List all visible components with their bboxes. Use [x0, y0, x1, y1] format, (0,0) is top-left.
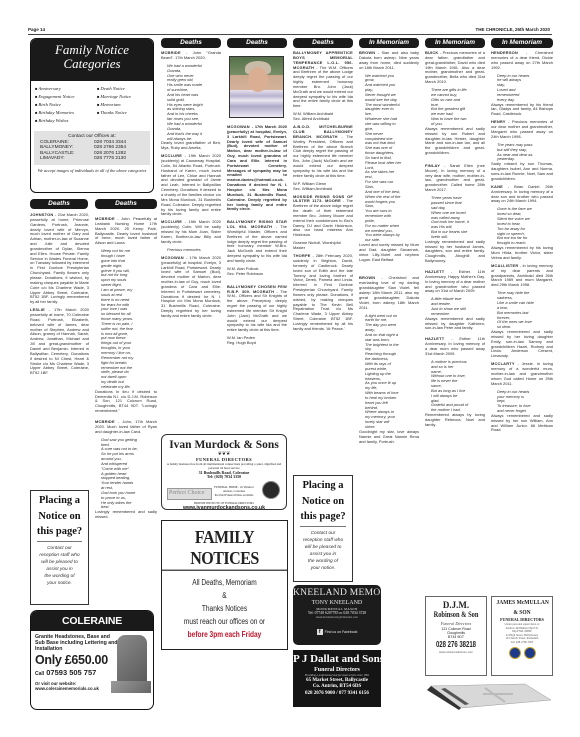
page-number: Page 14: [28, 27, 45, 32]
deadline-text: before 3pm each Friday: [173, 628, 276, 642]
office-row: LIMAVADY:028 7776 2130: [40, 156, 144, 161]
bible-icon: [425, 682, 553, 710]
ad-coleraine-memorials[interactable]: COLERAINE MEMORIALS Granite Headstones, …: [30, 610, 154, 710]
poem: Three years havepassed since thatsad day…: [425, 196, 485, 240]
poem: God saw you gettingtired,A cure was not …: [95, 438, 157, 511]
facebook-icon: f: [317, 629, 323, 635]
notice-rising-star: BALLYMONEY RISING STAR LOL 954. MCGRATH …: [227, 220, 287, 264]
category-item: Anniversary: [35, 85, 97, 93]
category-item: Birthday Wishes: [35, 117, 97, 125]
office-contacts: Contact our Offices at: COLERAINE:028 70…: [34, 131, 150, 165]
poem: Gone is the face weloved so dear,Silent …: [491, 207, 553, 246]
family-notice-categories-box: Family Notice Categories Anniversary Dea…: [30, 38, 154, 193]
section-header-in-memoriam: In Memoriam: [491, 38, 553, 48]
poem: Deep in our heartshe will alwaysstay,Lov…: [491, 74, 553, 103]
category-item: Engagement Notice: [35, 93, 97, 101]
notice-mcallister: MCALLISTER - In loving memory of my dear…: [491, 264, 553, 288]
notice-mcclure: MCCLURE - 15th March 2020 (suddenly) Col…: [161, 220, 221, 244]
website-link[interactable]: www.ivanmurdockandsons.co.uk: [162, 505, 286, 511]
notice-buick: BUICK - Precious memories of a dear fath…: [425, 51, 485, 85]
perfect-choice-logo: Perfect Choice: [167, 488, 212, 500]
notice-mcbride: MCBRIDE - John, 17th March 2020. Much lo…: [95, 420, 157, 435]
placing-notice-box: Placing a Notice on this page? Contact o…: [293, 475, 353, 582]
notice-mcclure: MCCLURE - 19th March 2020 (suddenly) at …: [161, 154, 221, 217]
column-2: MCBRIDE - John. Peacefully at Leabank Nu…: [95, 217, 157, 523]
category-item: Birthday Memories: [35, 109, 97, 117]
notice-brown: BROWN - Cherished and everlasting love o…: [359, 276, 419, 310]
notice-hazlett: HAZLETT - Esther. 11th Anniversary, Happ…: [425, 270, 485, 294]
column-5: BALLYMONEY APPRENTICE BOYS MEMORIAL TEMP…: [293, 51, 353, 335]
headstone-icon: [117, 635, 147, 683]
category-item: Birth Notice: [35, 101, 97, 109]
notice-thorpe: THORPE - 28th February 2020, suddenly in…: [293, 254, 353, 332]
categories-title: Family Notice Categories: [31, 39, 153, 81]
ad-james-mcmullan[interactable]: JAMES McMULLAN & SON FUNERAL DIRECTORS U…: [491, 596, 553, 676]
notice-hazlett: HAZLETT - Esther 11th Anniversary. In lo…: [425, 337, 485, 356]
notice-mosside: MOSSIDE RISING SONS OF ULSTER 1173. MOOR…: [293, 195, 353, 239]
column-7: BUICK - Precious memories of a dear fath…: [425, 51, 485, 431]
section-header-deaths: Deaths: [30, 199, 88, 209]
placing-notice-box: Placing a Notice on this page? Contact o…: [30, 490, 89, 605]
facebook-link[interactable]: fFind us on Facebook: [317, 629, 358, 635]
phone: 07593 505 757: [46, 668, 96, 677]
section-header-deaths: Deaths: [95, 199, 157, 209]
column-8: HENDERSON - Cherished memories of a dear…: [491, 51, 553, 436]
poem: Weep not for methough I havegone into th…: [95, 249, 157, 389]
notice-kane: KANE - Brian Daniel. 26th Anniversary. I…: [491, 185, 553, 204]
category-item: Death Notice: [97, 85, 154, 93]
category-item: Marriage Notice: [97, 93, 154, 101]
header-rule: [28, 34, 552, 35]
column-3: MCBRIDE - John "Granda Beard". 17th Marc…: [161, 51, 221, 322]
poem: There are gifts in lifewe cannot buy,Gif…: [425, 88, 485, 127]
bifd-seal-icon: [262, 481, 280, 499]
poem: A light went out onearth for me,The day …: [359, 314, 419, 430]
poem: A little tribute trueand tender,Just to …: [425, 297, 485, 316]
category-item: Memoriam: [97, 101, 154, 109]
section-header-deaths: Deaths: [161, 38, 221, 48]
poem: A mother is preciousand so is hername,Wi…: [425, 360, 485, 413]
ad-pj-dallat[interactable]: P J Dallat and Sons Funeral Directors Pr…: [293, 650, 381, 707]
column-6: BROWN - Sian and also baby Dakota born a…: [359, 51, 419, 448]
notice-brown: BROWN - Sian and also baby Dakota born a…: [359, 51, 419, 70]
notice-mcbride: MCBRIDE - John. Peacefully at Leabank Nu…: [95, 217, 157, 246]
notice-henderson: HENDERSON - Cherished memories of a dear…: [491, 51, 553, 70]
section-header-in-memoriam: In Memoriam: [425, 38, 485, 48]
poem: Time may hide thesadness,Like a smile ca…: [491, 291, 553, 330]
notice-mcgowan: MCGOWAN - 17th March 2020 (peacefully) a…: [161, 256, 221, 319]
images-note: We accept images of individuals in all o…: [31, 165, 153, 177]
section-header-deaths: Deaths: [227, 38, 287, 48]
poem: Deep in our heartsyour memory iskept,To …: [491, 390, 553, 414]
selection-logo-icon: [524, 647, 536, 659]
notice-apprentice-boys: BALLYMONEY APPRENTICE BOYS MEMORIAL TEMP…: [293, 51, 353, 109]
ad-ivan-murdock[interactable]: Ivan Murdock & Sons ❦❦❦ FUNERAL DIRECTOR…: [161, 434, 287, 510]
notice-chosen-few: BALLYMONEY CHOSEN FEW R.B.P. 309. MCGRAT…: [227, 285, 287, 333]
poem: We had a wonderfulGranda,One who neverre…: [161, 64, 221, 142]
nafd-logo-icon: [509, 647, 521, 659]
poem: We watched yougrow,And watched youplay,N…: [359, 74, 419, 244]
paper-title-date: THE CHRONICLE, 26th March 2020: [475, 27, 550, 32]
headstone-base-icon: [111, 681, 151, 693]
notice-leslie: LESLIE - 17th March 2020 peacefully at h…: [30, 308, 89, 376]
notice-mcbride-granda: MCBRIDE - John "Granda Beard". 17th Marc…: [161, 51, 221, 61]
notice-mcclarty: MCCLARTY - Jessie. In loving memory of a…: [491, 362, 553, 386]
ad-family-notices: FAMILY NOTICES All Deaths, Memoriam & Th…: [161, 520, 288, 650]
website-link[interactable]: www.robinsonsfulcrum.com: [426, 650, 486, 654]
poem: The years may passbut still they stay,As…: [491, 143, 553, 162]
column-1: JOHNSTON - 21st March 2020, peacefully a…: [30, 213, 89, 379]
section-header-deaths: Deaths: [293, 38, 353, 48]
notice-henry: HENRY - Precious memories of our dear mo…: [491, 120, 553, 139]
notice-mitchelburne: A.B.O.D. MITCHELBURNE CLUB BALLYMONEY BR…: [293, 125, 353, 178]
section-header-in-memoriam: In Memoriam: [359, 38, 419, 48]
ad-kneeland-memorials[interactable]: KNEELAND MEMORIALS TONY KNEELAND MONUMEN…: [293, 585, 381, 645]
categories-list: Anniversary Death Notice Engagement Noti…: [31, 81, 153, 127]
deceased-photo: [229, 56, 284, 118]
notice-finlay: FINLAY - Sarah Ellen (nee Moore). In lov…: [425, 164, 485, 193]
ad-djm-robinson[interactable]: D.J.M. Robinson & Son Funeral Directors …: [425, 596, 487, 676]
notice-johnston: JOHNSTON - 21st March 2020, peacefully a…: [30, 213, 89, 305]
column-4: MCGOWAN - 17th March 2020 (peacefully) a…: [227, 125, 287, 349]
notice-mcgowan-photo: MCGOWAN - 17th March 2020 (peacefully) a…: [227, 125, 287, 212]
category-item: Thanks Notice: [97, 109, 154, 117]
